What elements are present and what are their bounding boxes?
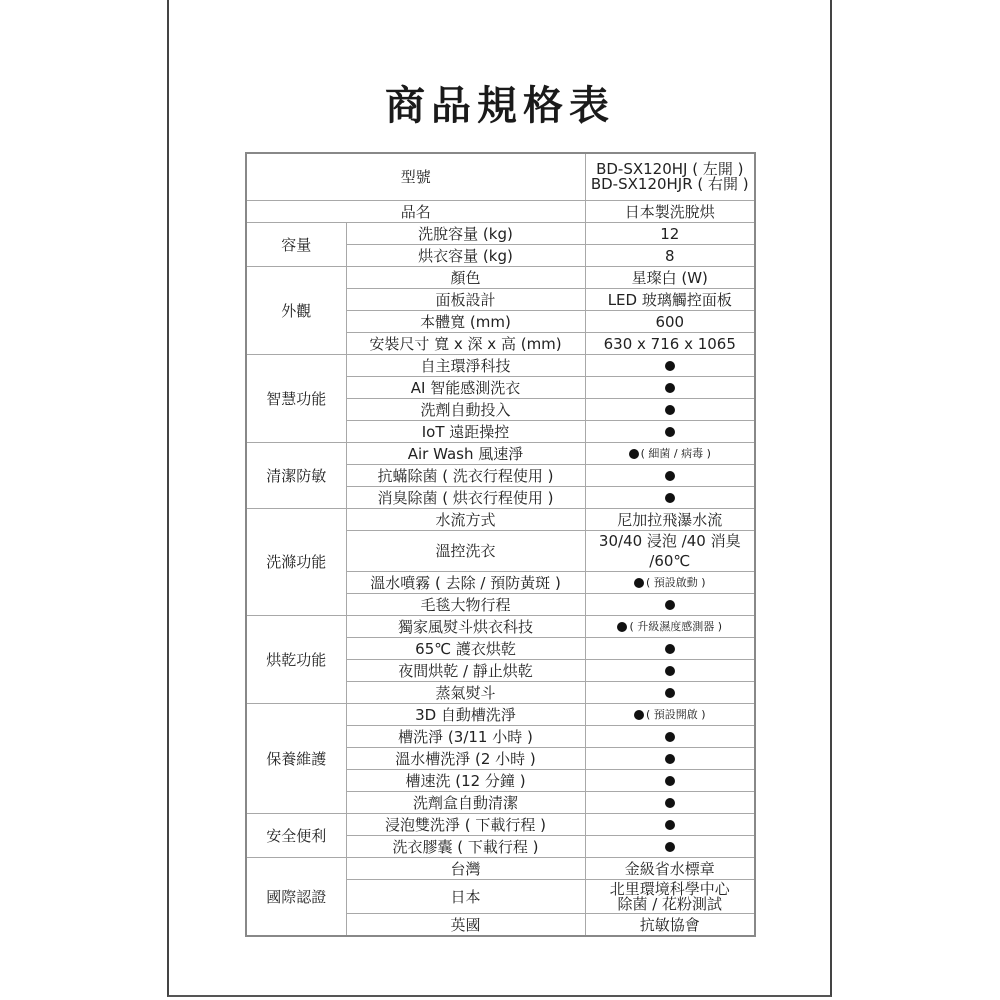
supported-dot-icon <box>634 578 644 588</box>
spec-value <box>585 594 755 616</box>
spec-value: 630 x 716 x 1065 <box>585 333 755 355</box>
feature-label: 溫水噴霧 ( 去除 / 預防黃斑 ) <box>346 572 585 594</box>
spec-note: ( 細菌 / 病毒 ) <box>641 444 711 464</box>
supported-dot-icon <box>665 776 675 786</box>
feature-label: 夜間烘乾 / 靜止烘乾 <box>346 660 585 682</box>
feature-label: Air Wash 風速淨 <box>346 443 585 465</box>
feature-label: 自主環淨科技 <box>346 355 585 377</box>
supported-dot-icon <box>665 820 675 830</box>
feature-label: 獨家風熨斗烘衣科技 <box>346 616 585 638</box>
group-label-dry: 烘乾功能 <box>246 616 346 704</box>
feature-label: 抗蟎除菌 ( 洗衣行程使用 ) <box>346 465 585 487</box>
feature-label: 面板設計 <box>346 289 585 311</box>
feature-label: 槽洗淨 (3/11 小時 ) <box>346 726 585 748</box>
table-row-name: 品名 日本製洗脫烘 <box>246 201 755 223</box>
feature-label: 浸泡雙洗淨 ( 下載行程 ) <box>346 814 585 836</box>
spec-value: 北里環境科學中心 除菌 / 花粉測試 <box>585 880 755 914</box>
supported-dot-icon <box>665 427 675 437</box>
supported-dot-icon <box>665 732 675 742</box>
group-label-care: 保養維護 <box>246 704 346 814</box>
feature-label: IoT 遠距操控 <box>346 421 585 443</box>
spec-value <box>585 748 755 770</box>
table-row: 國際認證 台灣 金級省水標章 <box>246 858 755 880</box>
feature-label: 顏色 <box>346 267 585 289</box>
supported-dot-icon <box>629 449 639 459</box>
feature-label: 蒸氣熨斗 <box>346 682 585 704</box>
spec-note: ( 預設啟動 ) <box>646 573 706 593</box>
feature-label: 台灣 <box>346 858 585 880</box>
feature-label: 水流方式 <box>346 509 585 531</box>
spec-value: 金級省水標章 <box>585 858 755 880</box>
group-label-appearance: 外觀 <box>246 267 346 355</box>
spec-value <box>585 660 755 682</box>
spec-value <box>585 638 755 660</box>
model-right: BD-SX120HJR ( 右開 ) <box>586 177 755 192</box>
feature-label: 烘衣容量 (kg) <box>346 245 585 267</box>
table-row: 安全便利 浸泡雙洗淨 ( 下載行程 ) <box>246 814 755 836</box>
spec-value: ( 預設啟動 ) <box>585 572 755 594</box>
group-label-safety: 安全便利 <box>246 814 346 858</box>
spec-value <box>585 487 755 509</box>
spec-value <box>585 814 755 836</box>
spec-value: 星璨白 (W) <box>585 267 755 289</box>
supported-dot-icon <box>665 405 675 415</box>
feature-label: 溫水槽洗淨 (2 小時 ) <box>346 748 585 770</box>
group-label-cert: 國際認證 <box>246 858 346 937</box>
supported-dot-icon <box>665 666 675 676</box>
table-row: 保養維護 3D 自動槽洗淨 ( 預設開啟 ) <box>246 704 755 726</box>
feature-label: 本體寬 (mm) <box>346 311 585 333</box>
feature-label: 洗脫容量 (kg) <box>346 223 585 245</box>
group-label-clean: 清潔防敏 <box>246 443 346 509</box>
feature-label: 安裝尺寸 寬 x 深 x 高 (mm) <box>346 333 585 355</box>
feature-label: 洗衣膠囊 ( 下載行程 ) <box>346 836 585 858</box>
feature-label: 3D 自動槽洗淨 <box>346 704 585 726</box>
feature-label: 日本 <box>346 880 585 914</box>
supported-dot-icon <box>634 710 644 720</box>
feature-label: 毛毯大物行程 <box>346 594 585 616</box>
supported-dot-icon <box>665 798 675 808</box>
feature-label: 消臭除菌 ( 烘衣行程使用 ) <box>346 487 585 509</box>
table-row: 容量 洗脫容量 (kg) 12 <box>246 223 755 245</box>
supported-dot-icon <box>665 644 675 654</box>
spec-value <box>585 399 755 421</box>
feature-label: 英國 <box>346 914 585 937</box>
table-row: 智慧功能 自主環淨科技 <box>246 355 755 377</box>
feature-label: 槽速洗 (12 分鐘 ) <box>346 770 585 792</box>
supported-dot-icon <box>665 383 675 393</box>
spec-value: 30/40 浸泡 /40 消臭 /60℃ <box>585 531 755 572</box>
table-row: 清潔防敏 Air Wash 風速淨 ( 細菌 / 病毒 ) <box>246 443 755 465</box>
spec-value: ( 預設開啟 ) <box>585 704 755 726</box>
spec-value: 抗敏協會 <box>585 914 755 937</box>
page-title: 商品規格表 <box>0 74 1000 131</box>
supported-dot-icon <box>665 688 675 698</box>
spec-value-line: 除菌 / 花粉測試 <box>586 897 755 912</box>
group-label-wash: 洗滌功能 <box>246 509 346 616</box>
table-row-model: 型號 BD-SX120HJ ( 左開 ) BD-SX120HJR ( 右開 ) <box>246 153 755 201</box>
spec-value: 600 <box>585 311 755 333</box>
table-row: 洗滌功能 水流方式 尼加拉飛瀑水流 <box>246 509 755 531</box>
supported-dot-icon <box>665 842 675 852</box>
spec-value <box>585 377 755 399</box>
feature-label: 洗劑盒自動清潔 <box>346 792 585 814</box>
group-label-capacity: 容量 <box>246 223 346 267</box>
supported-dot-icon <box>665 493 675 503</box>
spec-value: ( 細菌 / 病毒 ) <box>585 443 755 465</box>
spec-value <box>585 682 755 704</box>
spec-value: 8 <box>585 245 755 267</box>
spec-note: ( 升級濕度感測器 ) <box>629 617 722 637</box>
spec-value <box>585 770 755 792</box>
spec-value <box>585 421 755 443</box>
spec-value <box>585 465 755 487</box>
model-label: 型號 <box>246 153 585 201</box>
name-label: 品名 <box>246 201 585 223</box>
feature-label: AI 智能感測洗衣 <box>346 377 585 399</box>
feature-label: 洗劑自動投入 <box>346 399 585 421</box>
spec-value: 尼加拉飛瀑水流 <box>585 509 755 531</box>
feature-label: 65℃ 護衣烘乾 <box>346 638 585 660</box>
spec-table: 型號 BD-SX120HJ ( 左開 ) BD-SX120HJR ( 右開 ) … <box>245 152 756 937</box>
spec-value: 12 <box>585 223 755 245</box>
name-value: 日本製洗脫烘 <box>585 201 755 223</box>
supported-dot-icon <box>665 754 675 764</box>
group-label-smart: 智慧功能 <box>246 355 346 443</box>
spec-value: ( 升級濕度感測器 ) <box>585 616 755 638</box>
supported-dot-icon <box>617 622 627 632</box>
spec-value <box>585 836 755 858</box>
spec-value <box>585 726 755 748</box>
supported-dot-icon <box>665 600 675 610</box>
feature-label: 溫控洗衣 <box>346 531 585 572</box>
spec-value <box>585 792 755 814</box>
model-value: BD-SX120HJ ( 左開 ) BD-SX120HJR ( 右開 ) <box>585 153 755 201</box>
table-row: 外觀 顏色 星璨白 (W) <box>246 267 755 289</box>
table-row: 烘乾功能 獨家風熨斗烘衣科技 ( 升級濕度感測器 ) <box>246 616 755 638</box>
spec-value: LED 玻璃觸控面板 <box>585 289 755 311</box>
spec-note: ( 預設開啟 ) <box>646 705 706 725</box>
spec-value <box>585 355 755 377</box>
supported-dot-icon <box>665 361 675 371</box>
supported-dot-icon <box>665 471 675 481</box>
